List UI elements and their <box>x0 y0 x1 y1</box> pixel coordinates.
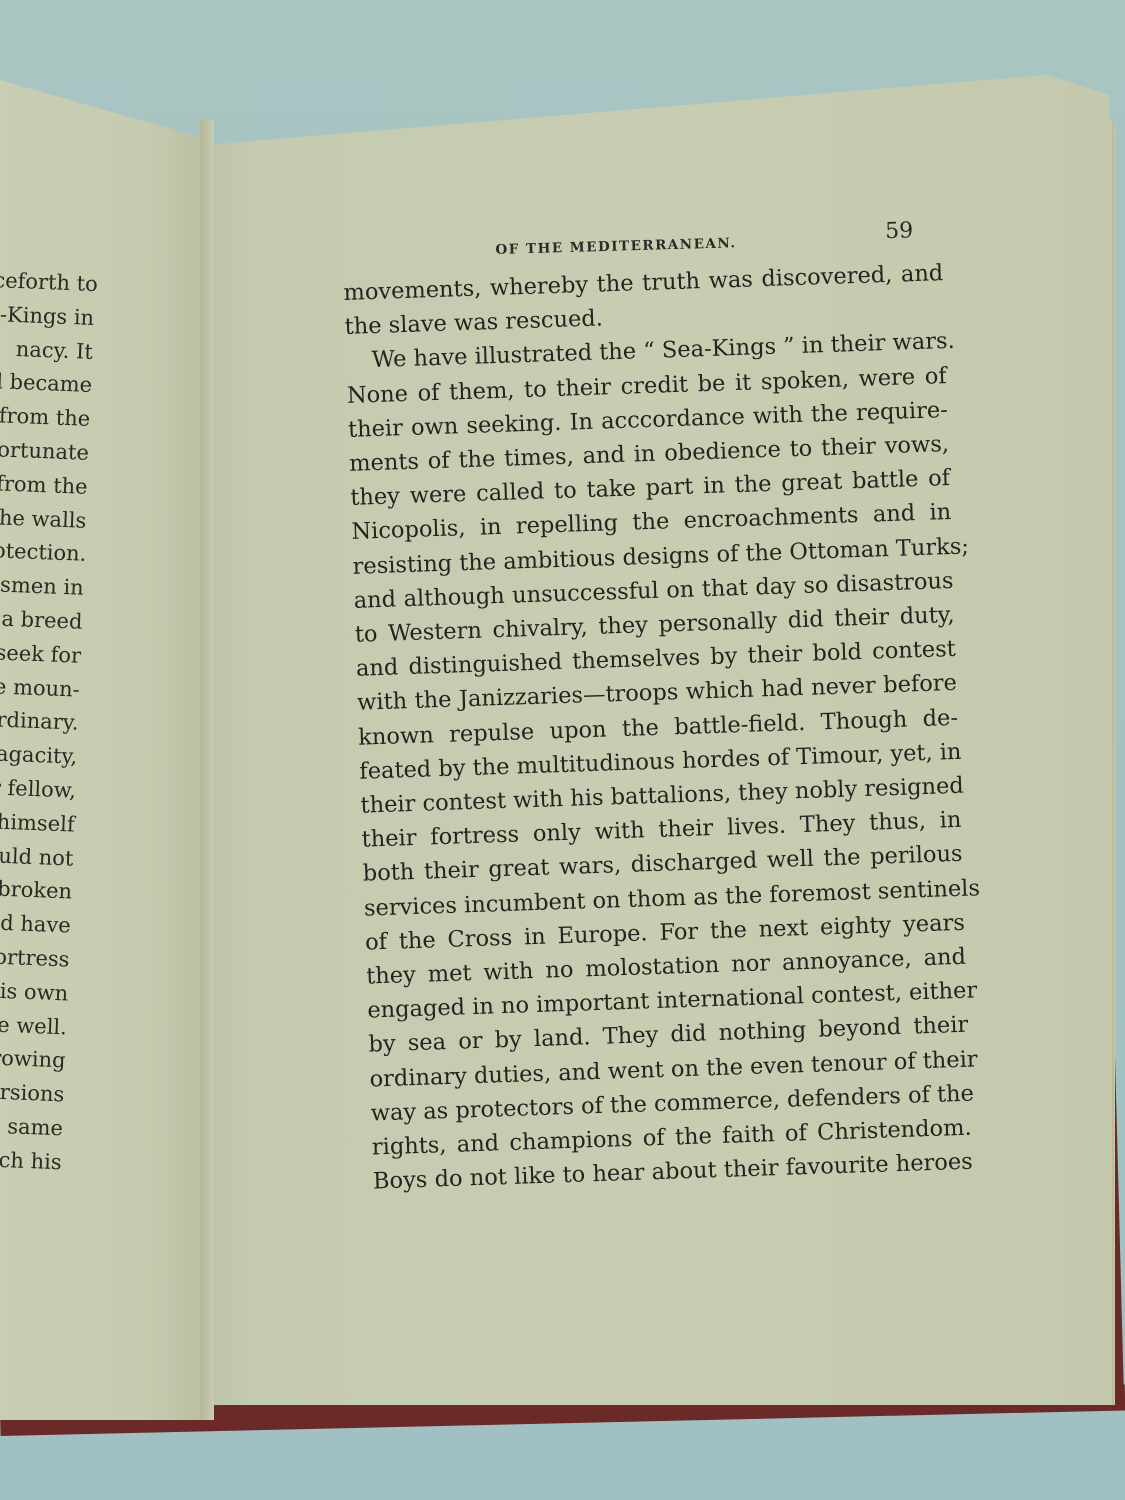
text-line: atch his <box>0 1142 62 1180</box>
text-line: fortunate <box>0 433 90 471</box>
text-line: ordinary. <box>0 703 79 741</box>
text-line: seek for <box>0 636 82 674</box>
page-number: 59 <box>885 218 914 244</box>
text-line: ceforth to <box>0 264 96 302</box>
text-line: nacy. It <box>0 332 93 370</box>
text-line: uld have <box>0 906 71 944</box>
text-line: cursions <box>0 1075 65 1113</box>
text-line: the well. <box>0 1007 67 1045</box>
text-line: he moun- <box>0 669 80 707</box>
text-line: from the <box>0 467 88 505</box>
text-line: from the <box>0 399 91 437</box>
text-line: growing <box>0 1041 66 1079</box>
text-line: -Kings in <box>0 298 95 336</box>
text-line: d became <box>0 365 92 403</box>
text-line: the walls <box>0 500 87 538</box>
text-line: he same <box>0 1108 64 1146</box>
text-line: sagacity, <box>0 737 78 775</box>
text-line: rotection. <box>0 534 86 572</box>
text-line: v himself <box>0 804 75 842</box>
text-line: t a breed <box>0 602 83 640</box>
right-page-text: movements, whereby the truth was discove… <box>343 256 973 1199</box>
book-gutter <box>200 120 214 1420</box>
text-line: or fellow, <box>0 771 77 809</box>
text-line: dsmen in <box>0 568 84 606</box>
text-line: his own <box>0 973 69 1011</box>
text-line: l broken <box>0 872 73 910</box>
text-line: e fortress <box>0 940 70 978</box>
text-line: ould not <box>0 838 74 876</box>
